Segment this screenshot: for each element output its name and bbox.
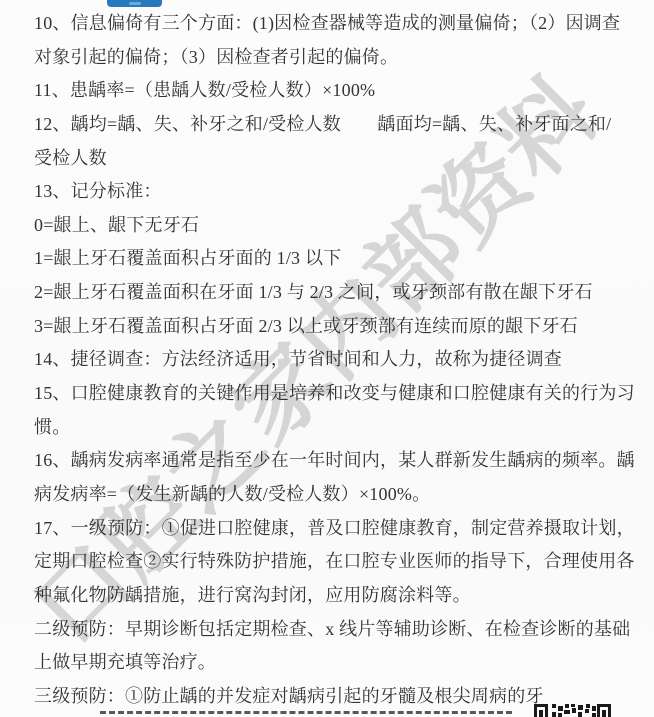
text-line: 二级预防：早期诊断包括定期检查、x 线片等辅助诊断、在检查诊断的基础 (34, 613, 630, 647)
blue-tab-fragment[interactable] (107, 0, 162, 7)
text-line: 惯。 (34, 411, 630, 445)
text-line: 0=龈上、龈下无牙石 (34, 209, 630, 243)
text-line: 3=龈上牙石覆盖面积占牙面 2/3 以上或牙颈部有连续而原的龈下牙石 (34, 310, 630, 344)
tab-glint (129, 2, 141, 5)
text-line: 2=龈上牙石覆盖面积在牙面 1/3 与 2/3 之间，或牙颈部有散在龈下牙石 (34, 276, 630, 310)
text-line: 受检人数 (34, 142, 630, 176)
text-line: 16、龋病发病率通常是指至少在一年时间内，某人群新发生龋病的频率。龋 (34, 444, 630, 478)
notes-text-block: 10、信息偏倚有三个方面：(1)因检查器械等造成的测量偏倚；（2）因调查 对象引… (0, 0, 654, 713)
text-line: 14、捷径调查：方法经济适用，节省时间和人力，故称为捷径调查 (34, 343, 630, 377)
text-line: 病发病率=（发生新龋的人数/受检人数）×100%。 (34, 478, 630, 512)
qr-code-icon (534, 704, 611, 717)
text-line: 上做早期充填等治疗。 (34, 646, 630, 680)
text-line: 10、信息偏倚有三个方面：(1)因检查器械等造成的测量偏倚；（2）因调查 (34, 7, 630, 41)
text-line: 13、记分标准： (34, 175, 630, 209)
text-line: 1=龈上牙石覆盖面积占牙面的 1/3 以下 (34, 242, 630, 276)
text-line: 17、一级预防：①促进口腔健康，普及口腔健康教育，制定营养摄取计划， (34, 512, 630, 546)
text-line: 12、龋均=龋、失、补牙之和/受检人数 龋面均=龋、失、补牙面之和/ (34, 108, 630, 142)
text-line: 11、患龋率=（患龋人数/受检人数）×100% (34, 74, 630, 108)
text-line: 种氟化物防龋措施，进行窝沟封闭，应用防腐涂料等。 (34, 579, 630, 613)
document-page: 口腔之家内部资料 10、信息偏倚有三个方面：(1)因检查器械等造成的测量偏倚；（… (0, 0, 654, 717)
text-line: 15、口腔健康教育的关键作用是培养和改变与健康和口腔健康有关的行为习 (34, 377, 630, 411)
text-line: 对象引起的偏倚；（3）因检查者引起的偏倚。 (34, 41, 630, 75)
text-line: 定期口腔检查②实行特殊防护措施，在口腔专业医师的指导下，合理使用各 (34, 545, 630, 579)
dashed-divider (100, 711, 512, 714)
